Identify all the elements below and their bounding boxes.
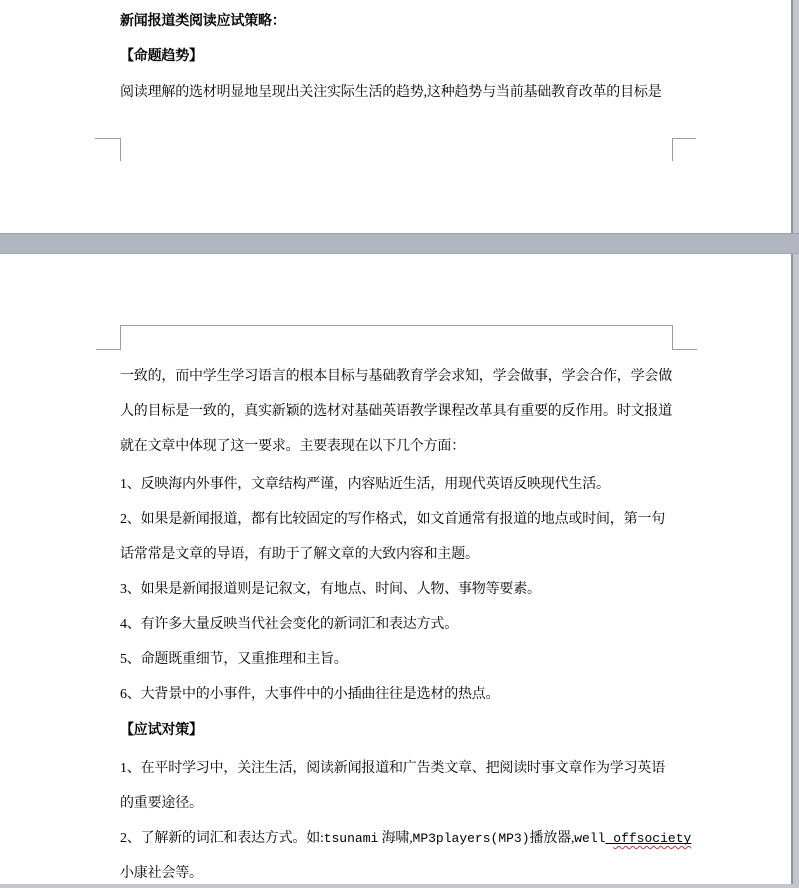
- list-item[interactable]: 1、在平时学习中，关注生活，阅读新闻报道和广告类文章、把阅读时事文章作为学习英语: [120, 761, 665, 776]
- margin-crop-mark: [95, 138, 121, 139]
- paragraph-line[interactable]: 一致的，而中学生学习语言的根本目标与基础教育学会求知，学会做事，学会合作，学会做: [120, 369, 672, 384]
- bottom-edge-strip: [0, 884, 799, 888]
- document-window: 新闻报道类阅读应试策略： 【命题趋势】 阅读理解的选材明显地呈现出关注实际生活的…: [0, 0, 799, 888]
- margin-crop-mark: [672, 138, 696, 139]
- list-item[interactable]: 6、大背景中的小事件，大事件中的小插曲往往是选材的热点。: [120, 687, 499, 702]
- paragraph-line[interactable]: 人的目标是一致的，真实新颖的选材对基础英语教学课程改革具有重要的反作用。时文报道: [120, 404, 672, 419]
- list-item[interactable]: 3、如果是新闻报道则是记叙文，有地点、时间、人物、事物等要素。: [120, 582, 541, 597]
- english-word-well: well: [574, 831, 605, 846]
- paragraph-line[interactable]: 阅读理解的选材明显地呈现出关注实际生活的趋势,这种趋势与当前基础教育改革的目标是: [120, 85, 662, 100]
- page-1[interactable]: 新闻报道类阅读应试策略： 【命题趋势】 阅读理解的选材明显地呈现出关注实际生活的…: [0, 0, 791, 233]
- margin-crop-mark: [120, 325, 121, 350]
- page-2[interactable]: 一致的，而中学生学习语言的根本目标与基础教育学会求知，学会做事，学会合作，学会做…: [0, 254, 791, 884]
- underlined-text: _offsociety: [605, 831, 691, 846]
- english-word-mp3players: MP3players(MP3): [413, 831, 530, 846]
- margin-crop-mark: [672, 138, 673, 161]
- list-item-text: 2、了解新的词汇和表达方式。如:: [120, 831, 324, 846]
- list-item-continuation[interactable]: 话常常是文章的导语，有助于了解文章的大致内容和主题。: [120, 547, 479, 562]
- list-item[interactable]: 1、反映海内外事件，文章结构严谨，内容贴近生活，用现代英语反映现代生活。: [120, 477, 610, 492]
- window-background-strip: [791, 0, 799, 888]
- list-item[interactable]: 2、如果是新闻报道，都有比较固定的写作格式，如文首通常有报道的地点或时间，第一句: [120, 512, 665, 527]
- margin-crop-mark: [672, 349, 697, 350]
- margin-crop-mark: [120, 138, 121, 161]
- list-item-continuation[interactable]: 小康社会等。: [120, 866, 203, 881]
- list-item[interactable]: 2、了解新的词汇和表达方式。如:tsunami 海啸,MP3players(MP…: [120, 831, 691, 846]
- list-item-text: 播放器,: [530, 831, 575, 846]
- section-heading-trend[interactable]: 【命题趋势】: [120, 49, 203, 64]
- doc-title[interactable]: 新闻报道类阅读应试策略：: [120, 14, 286, 29]
- section-heading-strategy[interactable]: 【应试对策】: [120, 723, 203, 738]
- list-item[interactable]: 4、有许多大量反映当代社会变化的新词汇和表达方式。: [120, 617, 458, 632]
- english-word-tsunami: tsunami: [324, 831, 379, 846]
- spellcheck-flagged-word: offsociety: [613, 831, 691, 846]
- margin-crop-mark: [96, 349, 121, 350]
- margin-crop-mark: [672, 325, 673, 350]
- list-item-continuation[interactable]: 的重要途径。: [120, 796, 203, 811]
- page-gap: [0, 233, 799, 254]
- paragraph-line[interactable]: 就在文章中体现了这一要求。主要表现在以下几个方面：: [120, 439, 465, 454]
- list-item-text: 海啸,: [378, 831, 412, 846]
- text-boundary-line: [120, 325, 673, 326]
- list-item[interactable]: 5、命题既重细节，又重推理和主旨。: [120, 652, 348, 667]
